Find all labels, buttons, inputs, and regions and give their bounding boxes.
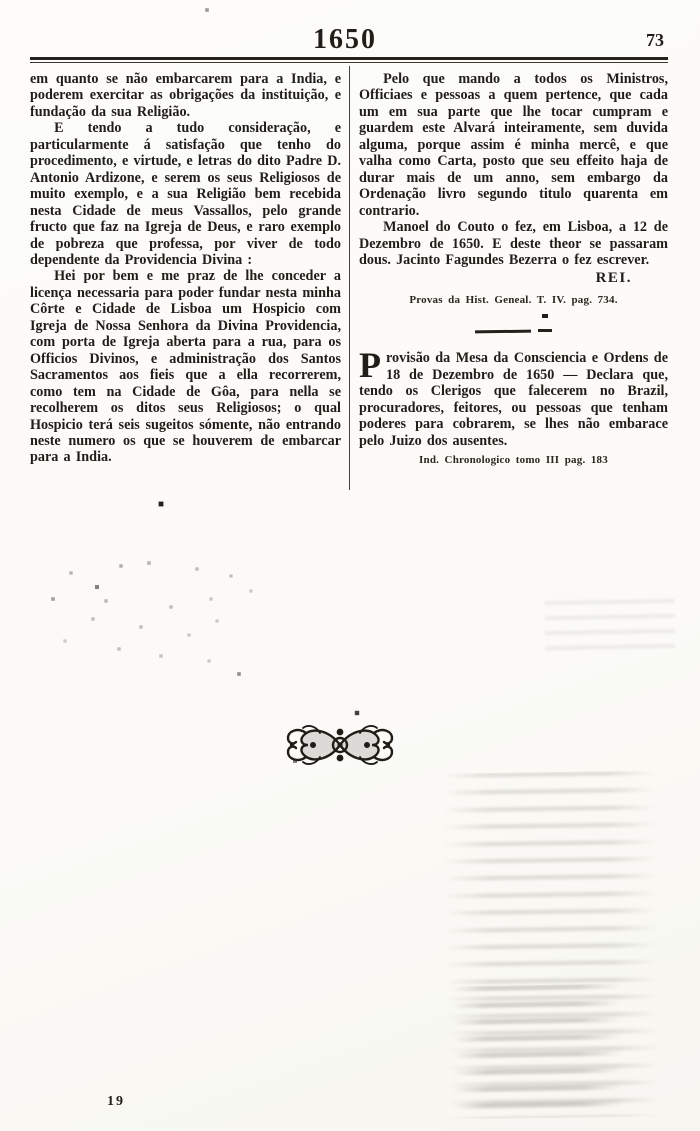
paragraph-continuation: em quanto se não embarcarem para a India…: [30, 71, 341, 120]
paragraph: E tendo a tudo consideração, e particula…: [30, 120, 341, 268]
royal-signature: REI.: [359, 270, 668, 287]
gathering-signature-mark: 19: [107, 1094, 125, 1110]
provision-text: rovisão da Mesa da Consciencia e Ordens …: [359, 350, 668, 448]
provision-paragraph: Provisão da Mesa da Consciencia e Ordens…: [359, 350, 668, 449]
left-column: em quanto se não embarcarem para a India…: [30, 71, 341, 490]
drop-cap-letter: P: [359, 350, 386, 379]
scanned-book-page: 1650 73 em quanto se não embarcarem para…: [0, 0, 700, 1131]
page-number: 73: [646, 30, 664, 51]
ornament-vignette-icon: [284, 722, 396, 768]
paragraph: Hei por bem e me praz de lhe conceder a …: [30, 268, 341, 465]
source-citation: Provas da Hist. Geneal. T. IV. pag. 734.: [359, 294, 668, 306]
header-double-rule: [30, 57, 668, 63]
paragraph: Manoel do Couto o fez, em Lisboa, a 12 d…: [359, 219, 668, 268]
section-separator: [359, 306, 668, 350]
source-citation: Ind. Chronologico tomo III pag. 183: [359, 454, 668, 466]
page-title-year: 1650: [0, 24, 690, 56]
separator-dash-short: [538, 329, 552, 331]
separator-dash: [475, 330, 531, 333]
bleedthrough-smudge: [451, 984, 623, 1117]
ink-dot: [542, 314, 548, 318]
right-column: Pelo que mando a todos os Ministros, Off…: [359, 71, 668, 490]
ink-speckles: [0, 0, 2, 2]
bleedthrough-smudge: [545, 599, 676, 659]
two-column-text-block: em quanto se não embarcarem para a India…: [30, 71, 668, 490]
column-divider-rule: [349, 66, 350, 490]
paragraph: Pelo que mando a todos os Ministros, Off…: [359, 71, 668, 219]
